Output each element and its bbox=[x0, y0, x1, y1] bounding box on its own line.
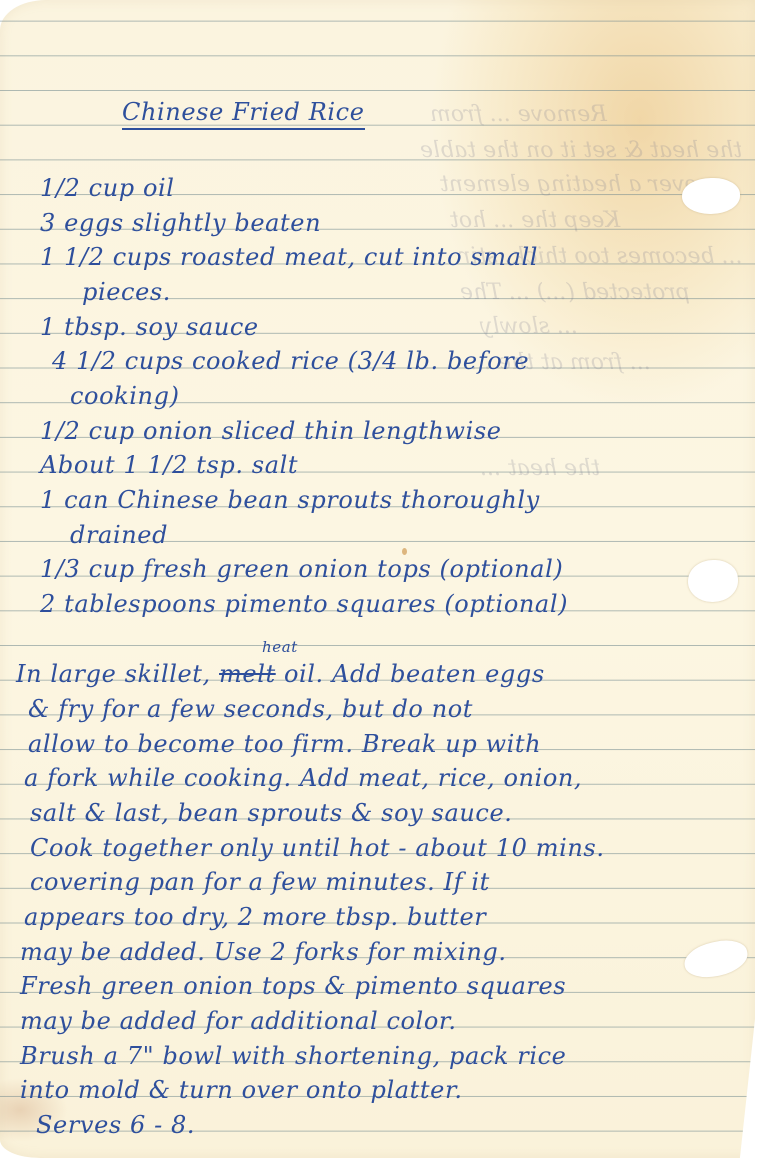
instruction-line: covering pan for a few minutes. If it bbox=[30, 870, 490, 894]
instruction-line: may be added. Use 2 forks for mixing. bbox=[20, 940, 507, 964]
ingredient-line: drained bbox=[70, 523, 168, 547]
recipe-title: Chinese Fried Rice bbox=[122, 100, 365, 130]
bleed-through-line: Remove ... from bbox=[430, 102, 607, 127]
instruction-line: Brush a 7" bowl with shortening, pack ri… bbox=[20, 1044, 567, 1068]
instruction-line: a fork while cooking. Add meat, rice, on… bbox=[24, 766, 582, 790]
inserted-correction: heat bbox=[262, 640, 298, 655]
bleed-through-line: protected (...) ... The bbox=[460, 280, 690, 305]
bleed-through-line: ... slowly bbox=[480, 314, 578, 339]
instruction-line: allow to become too firm. Break up with bbox=[28, 732, 541, 756]
punch-hole bbox=[688, 560, 738, 602]
instruction-text: In large skillet, bbox=[16, 660, 211, 688]
ingredient-line: 3 eggs slightly beaten bbox=[40, 211, 321, 235]
instruction-line: may be added for additional color. bbox=[20, 1009, 457, 1033]
struck-word: melt bbox=[219, 660, 276, 688]
instruction-line: & fry for a few seconds, but do not bbox=[28, 697, 473, 721]
bleed-through-line: the heat & set it on the table bbox=[420, 138, 742, 163]
bleed-through-line: the heat ... bbox=[480, 456, 600, 481]
instruction-line: In large skillet, melt oil. Add beaten e… bbox=[16, 662, 545, 686]
instruction-line: Fresh green onion tops & pimento squares bbox=[20, 974, 566, 998]
instruction-line: appears too dry, 2 more tbsp. butter bbox=[24, 905, 486, 929]
stain-spot bbox=[750, 1082, 755, 1089]
bleed-through-line: over a heating element bbox=[440, 172, 698, 197]
bleed-through-line: Keep the ... hot bbox=[450, 208, 620, 233]
instruction-line: Cook together only until hot - about 10 … bbox=[30, 836, 605, 860]
recipe-card: Remove ... from the heat & set it on the… bbox=[0, 0, 755, 1158]
ingredient-line: 1/3 cup fresh green onion tops (optional… bbox=[40, 557, 563, 581]
ingredient-line: 1 tbsp. soy sauce bbox=[40, 315, 259, 339]
ingredient-line: 1 can Chinese bean sprouts thoroughly bbox=[40, 488, 540, 512]
punch-hole bbox=[682, 178, 740, 214]
ingredient-line: 1 1/2 cups roasted meat, cut into small bbox=[40, 245, 538, 269]
ingredient-line: 1/2 cup onion sliced thin lengthwise bbox=[40, 419, 502, 443]
instruction-line: salt & last, bean sprouts & soy sauce. bbox=[30, 801, 512, 825]
ingredient-line: cooking) bbox=[70, 384, 180, 408]
servings-line: Serves 6 - 8. bbox=[36, 1113, 195, 1137]
ingredient-line: 4 1/2 cups cooked rice (3/4 lb. before bbox=[52, 349, 529, 373]
instruction-line: into mold & turn over onto platter. bbox=[20, 1078, 463, 1102]
ingredient-line: About 1 1/2 tsp. salt bbox=[40, 453, 298, 477]
instruction-text: oil. Add beaten eggs bbox=[284, 660, 545, 688]
stain-spot bbox=[402, 548, 407, 555]
ingredient-line: 1/2 cup oil bbox=[40, 176, 175, 200]
ingredient-line: 2 tablespoons pimento squares (optional) bbox=[40, 592, 568, 616]
ingredient-line: pieces. bbox=[82, 280, 171, 304]
